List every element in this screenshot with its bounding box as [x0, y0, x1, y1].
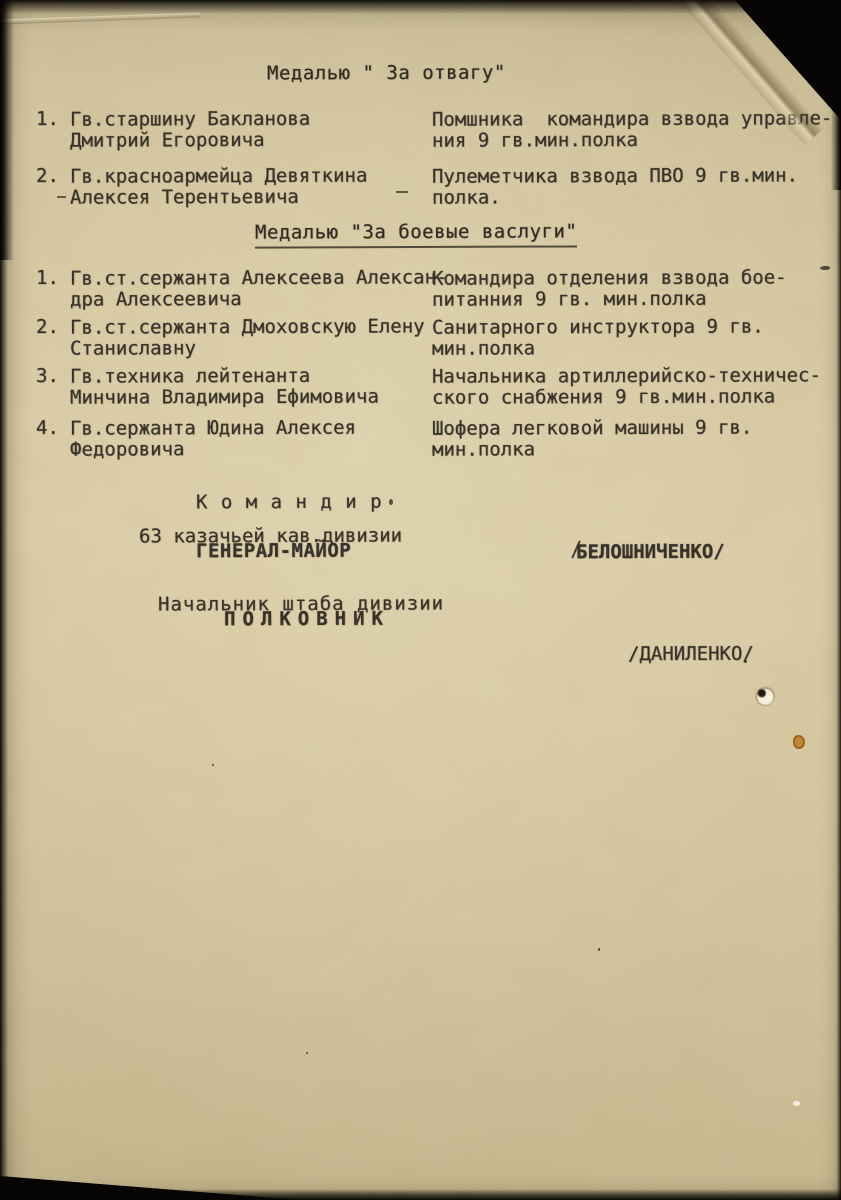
- entry-position: Санитарного инструктора 9 гв. мин.полка: [432, 316, 834, 359]
- entry-position: Пулеметчика взвода ПВО 9 гв.мин. полка.: [432, 165, 834, 208]
- entry-recipient: Гв.ст.сержанта Дмоховскую Елену Станисла…: [70, 316, 450, 359]
- entry-number: 4.: [36, 418, 59, 439]
- entry-position: Командира отделения взвода бое- питанния…: [432, 267, 834, 310]
- paper-speck: [820, 266, 830, 270]
- entry-number: 2.: [36, 317, 59, 338]
- entry-number: 1.: [36, 268, 59, 289]
- scan-edge-right-top: [831, 0, 841, 190]
- entry-recipient: Гв.старшину Бакланова Дмитрий Егоровича: [70, 108, 450, 151]
- scan-edge-top: [0, 0, 841, 14]
- typewriter-dash-artifact: [57, 196, 66, 198]
- commander-rank: ГЕНЕРАЛ-МАЙОР: [196, 541, 351, 563]
- section-heading-za-otvagu: Медалью " За отвагу": [267, 63, 506, 85]
- paper-speck: [744, 660, 747, 663]
- commander-signature-name: БЕЛОШНИЧЕНКО/: [576, 542, 725, 564]
- entry-recipient: Гв.ст.сержанта Алексеева Алексан- дра Ал…: [70, 267, 450, 310]
- entry-recipient: Гв.красноармейца Девяткина Алексея Терен…: [70, 165, 450, 208]
- entry-position: Помшника командира взвода управле- ния 9…: [432, 108, 834, 151]
- scan-edge-left-top: [0, 0, 14, 260]
- typewriter-dash-artifact: [396, 191, 408, 193]
- entry-recipient: Гв.техника лейтенанта Минчина Владимира …: [70, 365, 450, 408]
- section-heading-za-boevye-zaslugi: Медалью "За боевые васлуги": [255, 221, 577, 248]
- paper-speck: [598, 948, 600, 951]
- entry-position: Шофера легковой машины 9 гв. мин.полка: [432, 417, 834, 460]
- pinhole-mark: [755, 686, 775, 706]
- scanned-document: Медалью " За отвагу" 1. Гв.старшину Бакл…: [0, 0, 841, 1200]
- entry-recipient: Гв.сержанта Юдина Алексея Федоровича: [70, 417, 450, 460]
- light-fleck: [793, 1101, 800, 1106]
- entry-number: 1.: [36, 109, 59, 130]
- paper-speck: [389, 499, 393, 505]
- ink-stain: [793, 735, 805, 749]
- paper-speck: [212, 764, 214, 766]
- entry-number: 3.: [36, 366, 59, 387]
- chief-of-staff-signature-name: /ДАНИЛЕНКО/: [628, 644, 754, 665]
- entry-number: 2.: [36, 166, 59, 187]
- chief-of-staff-rank: ПОЛКОВНИК: [224, 609, 390, 631]
- entry-position: Начальника артиллерийско-техничес- ского…: [432, 365, 834, 408]
- paper-speck: [306, 1052, 308, 1054]
- commander-title: К о м а н д и р: [196, 492, 383, 514]
